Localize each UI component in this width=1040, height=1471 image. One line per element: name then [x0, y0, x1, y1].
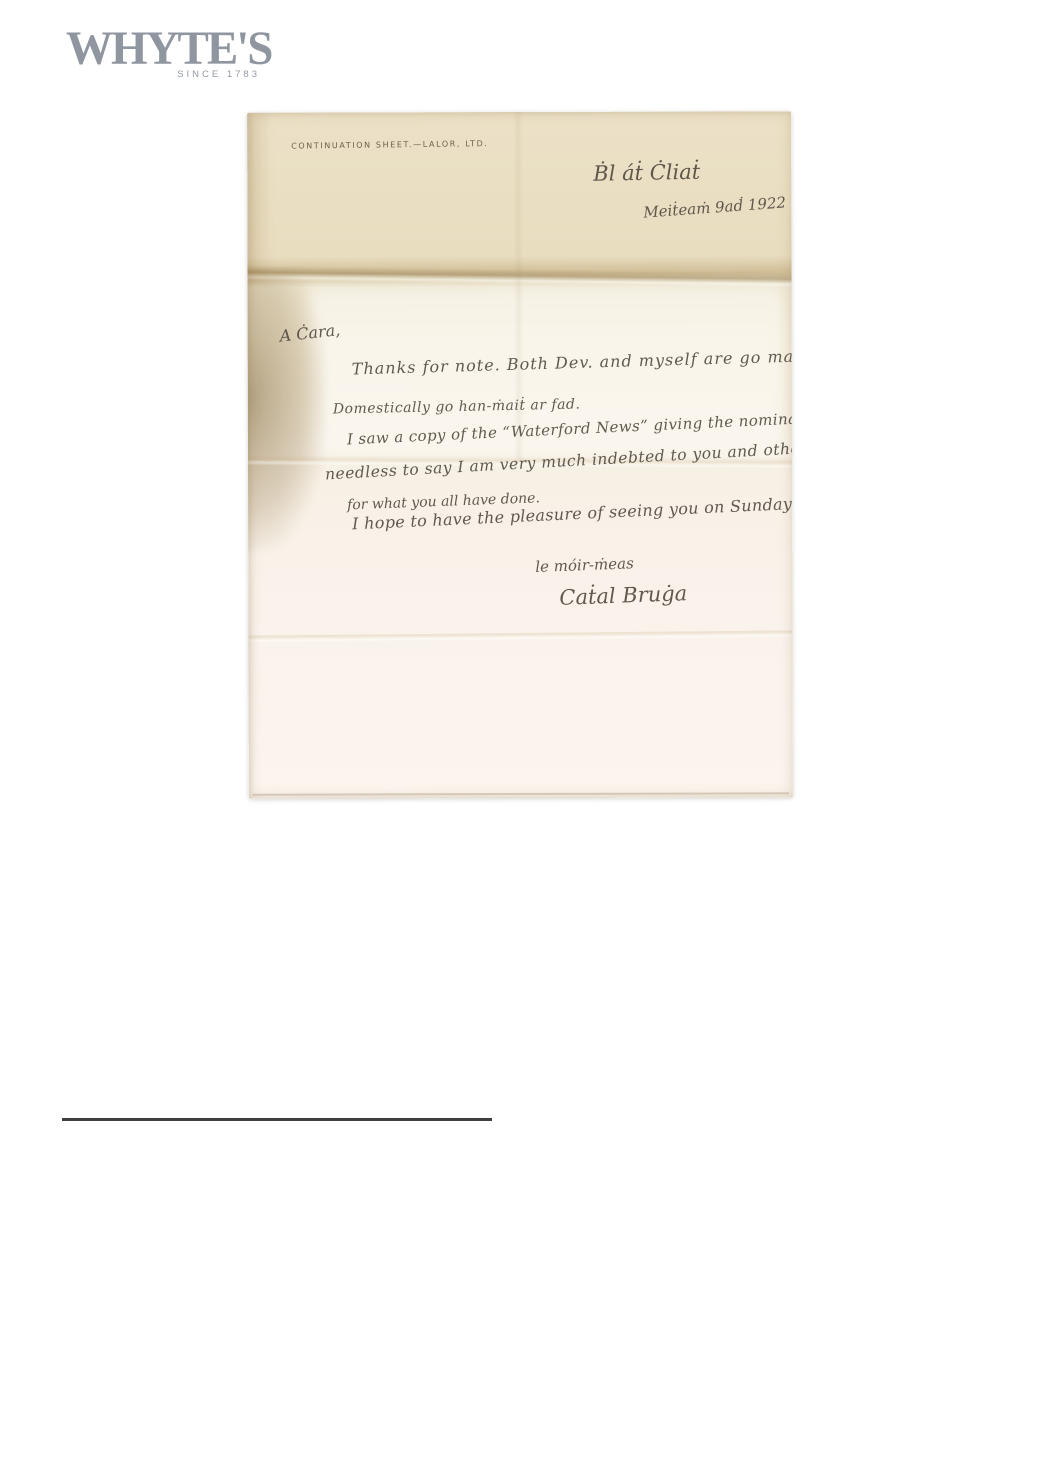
handwritten-place: Ḃl áṫ Ċliaṫ: [593, 160, 700, 186]
handwritten-closing: le móir-ṁeas: [535, 554, 634, 576]
letter-scan: CONTINUATION SHEET.—LALOR, LTD. Ḃl áṫ Ċl…: [247, 111, 793, 798]
footnote-rule: [62, 1118, 492, 1121]
whytes-logo: WHYTE'S SINCE 1783: [66, 24, 262, 80]
whytes-wordmark: WHYTE'S: [66, 24, 262, 73]
handwritten-signature: Caṫal Bruġa: [559, 581, 688, 610]
